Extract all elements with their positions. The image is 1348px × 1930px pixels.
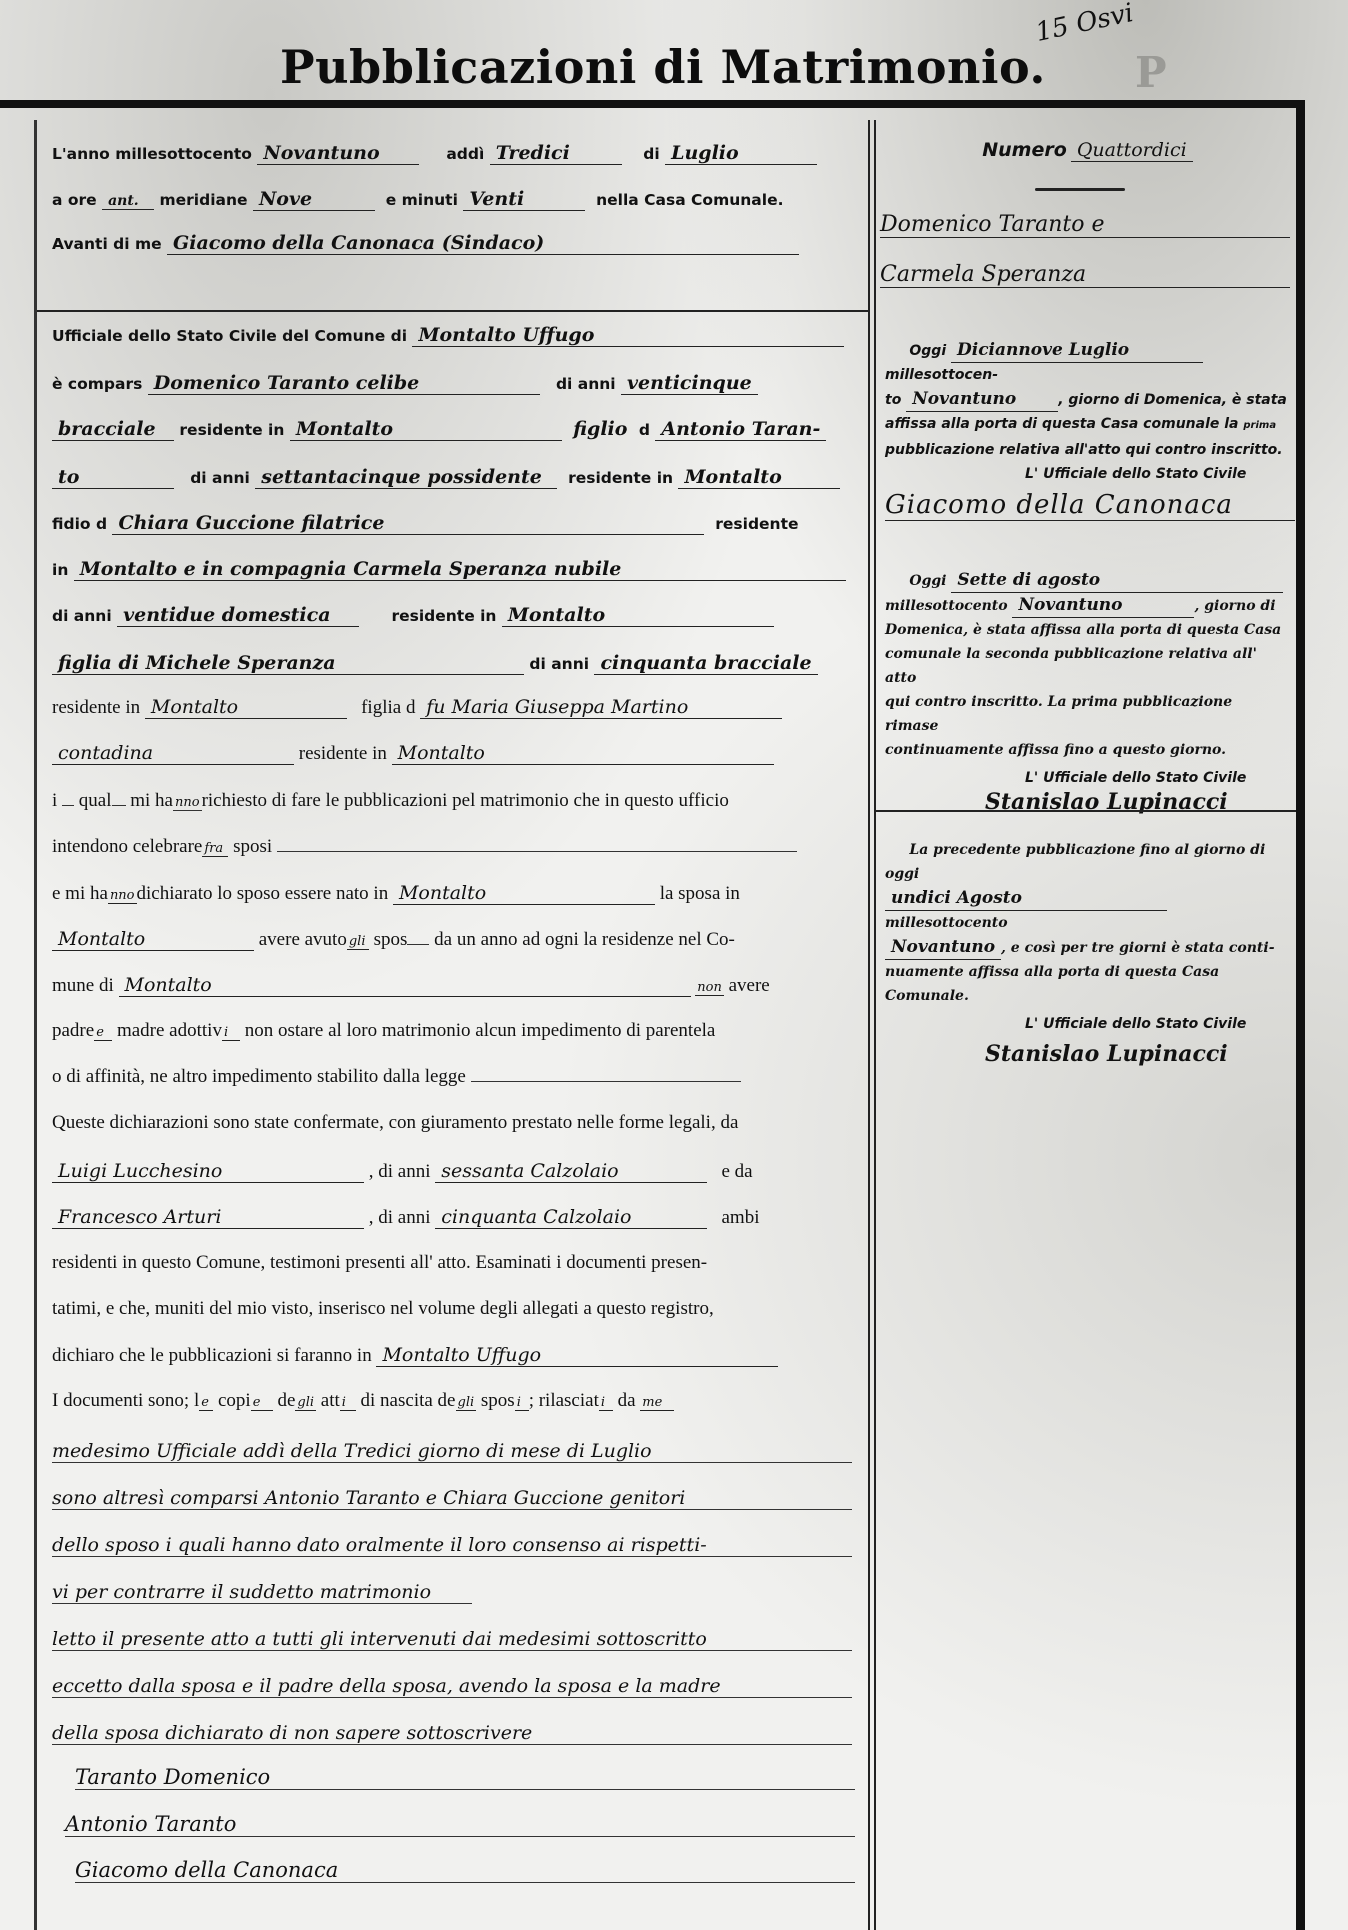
field-second-pub-date: Sette di agosto xyxy=(951,568,1283,593)
field-bride-age: ventidue domestica xyxy=(117,604,359,627)
bleed-through-letter: P xyxy=(1135,48,1167,97)
form-line-bride-age: di anni ventidue domestica residente in … xyxy=(52,604,774,627)
top-rule xyxy=(0,100,1305,108)
handwritten-line: medesimo Ufficiale addì della Tredici gi… xyxy=(52,1440,852,1463)
field-bride-residence-2: Montalto xyxy=(145,696,347,719)
form-line-witnesses-present: residenti in questo Comune, testimoni pr… xyxy=(52,1252,707,1274)
form-line-publications-where: dichiaro che le pubblicazioni si faranno… xyxy=(52,1344,778,1367)
page-title: Pubblicazioni di Matrimonio. xyxy=(280,40,1046,94)
field-groom-birthplace: Montalto xyxy=(393,882,655,905)
first-publication: Oggi Diciannove Luglio millesottocen- to… xyxy=(885,338,1290,486)
field-bride-father: figlia di Michele Speranza xyxy=(52,652,524,675)
field-day: Tredici xyxy=(490,142,622,165)
field-third-pub-date: undici Agosto xyxy=(885,886,1167,911)
field-month: Luglio xyxy=(665,142,817,165)
form-line-bride: in Montalto e in compagnia Carmela Spera… xyxy=(52,558,846,581)
form-line-groom: è compars Domenico Taranto celibe di ann… xyxy=(52,372,758,395)
third-pub-signature: Stanislao Lupinacci xyxy=(885,1042,1290,1066)
field-first-pub-year: Novantuno xyxy=(906,387,1058,412)
form-line-bride-mother: residente in Montalto figlia d fu Maria … xyxy=(52,696,782,719)
handwritten-line: eccetto dalla sposa e il padre della spo… xyxy=(52,1675,852,1698)
officer-label: L' Ufficiale dello Stato Civile xyxy=(885,462,1290,486)
column-divider xyxy=(868,120,870,1930)
field-bride-mother-residence: Montalto xyxy=(392,742,774,765)
form-line-documents-visto: tatimi, e che, muniti del mio visto, ins… xyxy=(52,1298,714,1320)
couple-names-2: Carmela Speranza xyxy=(880,262,1290,288)
handwritten-line: della sposa dichiarato di non sapere sot… xyxy=(52,1722,852,1745)
field-hour: Nove xyxy=(253,188,375,211)
field-publication-place: Montalto Uffugo xyxy=(376,1344,778,1367)
field-comune: Montalto Uffugo xyxy=(412,324,844,347)
form-line-comune: Ufficiale dello Stato Civile del Comune … xyxy=(52,324,844,347)
field-ampm: ant. xyxy=(102,193,154,210)
field-groom-mother: Chiara Guccione filatrice xyxy=(112,512,704,535)
form-line-residence-year: Montalto avere avutogli spos da un anno … xyxy=(52,928,735,951)
form-line-documents: I documenti sono; le copie degli atti di… xyxy=(52,1390,674,1412)
field-second-pub-year: Novantuno xyxy=(1012,593,1194,618)
handwritten-line: sono altresì comparsi Antonio Taranto e … xyxy=(52,1487,852,1510)
field-witness-2: Francesco Arturi xyxy=(52,1206,364,1229)
field-bride-father-age: cinquanta bracciale xyxy=(594,652,817,675)
field-groom-residence: Montalto xyxy=(290,418,562,441)
field-groom-father-residence: Montalto xyxy=(678,466,840,489)
handwritten-line: dello sposo i quali hanno dato oralmente… xyxy=(52,1534,852,1557)
second-publication: Oggi Sette di agosto millesottocento Nov… xyxy=(885,568,1290,814)
record-number: Numero Quattordici xyxy=(885,138,1290,162)
form-line-groom-residence: bracciale residente in Montalto figlio d… xyxy=(52,418,826,441)
officer-label: L' Ufficiale dello Stato Civile xyxy=(885,766,1290,790)
corner-annotation: 15 Osvi xyxy=(1033,0,1136,48)
form-line-request: i qual mi hannorichiesto di fare le pubb… xyxy=(52,790,729,812)
form-line-time: a ore ant. meridiane Nove e minuti Venti… xyxy=(52,188,783,211)
form-line-bride-mother-res: contadina residente in Montalto xyxy=(52,742,774,765)
field-witness-1-age: sessanta Calzolaio xyxy=(435,1160,707,1183)
field-first-pub-date: Diciannove Luglio xyxy=(951,338,1203,363)
document-page: 15 Osvi Pubblicazioni di Matrimonio. P L… xyxy=(0,0,1348,1930)
left-border xyxy=(34,120,37,1930)
form-line-bride-father: figlia di Michele Speranza di anni cinqu… xyxy=(52,652,818,675)
officer-label: L' Ufficiale dello Stato Civile xyxy=(885,1012,1290,1036)
form-line-impediment: padree madre adottivi non ostare al loro… xyxy=(52,1020,715,1042)
field-bride-mother: fu Maria Giuseppa Martino xyxy=(420,696,782,719)
form-line-year: L'anno millesottocento Novantuno addì Tr… xyxy=(52,142,817,165)
form-line-celebrate: intendono celebrarefra sposi xyxy=(52,836,797,858)
field-bride-mother-profession: contadina xyxy=(52,742,294,765)
form-line-groom-father: to di anni settantacinque possidente res… xyxy=(52,466,840,489)
signature-groom: Taranto Domenico xyxy=(75,1765,855,1790)
section-divider xyxy=(37,310,868,312)
flourish-rule xyxy=(1035,188,1125,191)
form-line-confirmed: Queste dichiarazioni sono state conferma… xyxy=(52,1112,738,1134)
signature-officer: Giacomo della Canonaca xyxy=(75,1858,855,1883)
field-third-pub-year: Novantuno xyxy=(885,935,1001,960)
field-year: Novantuno xyxy=(257,142,419,165)
column-divider xyxy=(874,120,876,1930)
field-groom-age: venticinque xyxy=(621,372,758,395)
field-bride-residence: Montalto xyxy=(502,604,774,627)
form-line-groom-mother: fidio d Chiara Guccione filatrice reside… xyxy=(52,512,799,535)
field-groom-profession: bracciale xyxy=(52,418,174,441)
form-line-witness-2: Francesco Arturi , di anni cinquanta Cal… xyxy=(52,1206,760,1229)
first-pub-signature: Giacomo della Canonaca xyxy=(885,490,1295,521)
field-residence-comune: Montalto xyxy=(119,974,691,997)
form-line-birthplace: e mi hannodichiarato lo sposo essere nat… xyxy=(52,882,740,905)
right-border xyxy=(1296,100,1305,1930)
field-bride-name: Montalto e in compagnia Carmela Speranza… xyxy=(74,558,846,581)
field-officer-name: Giacomo della Canonaca (Sindaco) xyxy=(167,232,799,255)
field-bride-birthplace: Montalto xyxy=(52,928,254,951)
form-line-comune-residence: mune di Montalto non avere xyxy=(52,974,770,997)
form-line-affinity: o di affinità, ne altro impedimento stab… xyxy=(52,1066,741,1088)
field-record-number: Quattordici xyxy=(1071,139,1193,162)
third-publication: La precedente pubblicazione fino al gior… xyxy=(885,838,1290,1066)
form-line-witness-1: Luigi Lucchesino , di anni sessanta Calz… xyxy=(52,1160,753,1183)
couple-names-1: Domenico Taranto e xyxy=(880,212,1290,238)
field-groom-father-age: settantacinque possidente xyxy=(255,466,557,489)
field-witness-2-age: cinquanta Calzolaio xyxy=(435,1206,707,1229)
field-minutes: Venti xyxy=(463,188,585,211)
section-divider xyxy=(876,810,1296,812)
signature-groom-father: Antonio Taranto xyxy=(65,1812,855,1837)
handwritten-line: vi per contrarre il suddetto matrimonio xyxy=(52,1581,472,1604)
form-line-officer: Avanti di me Giacomo della Canonaca (Sin… xyxy=(52,232,799,255)
handwritten-line: letto il presente atto a tutti gli inter… xyxy=(52,1628,852,1651)
field-witness-1: Luigi Lucchesino xyxy=(52,1160,364,1183)
field-groom-name: Domenico Taranto celibe xyxy=(148,372,540,395)
field-groom-father: Antonio Taran- xyxy=(655,418,826,441)
